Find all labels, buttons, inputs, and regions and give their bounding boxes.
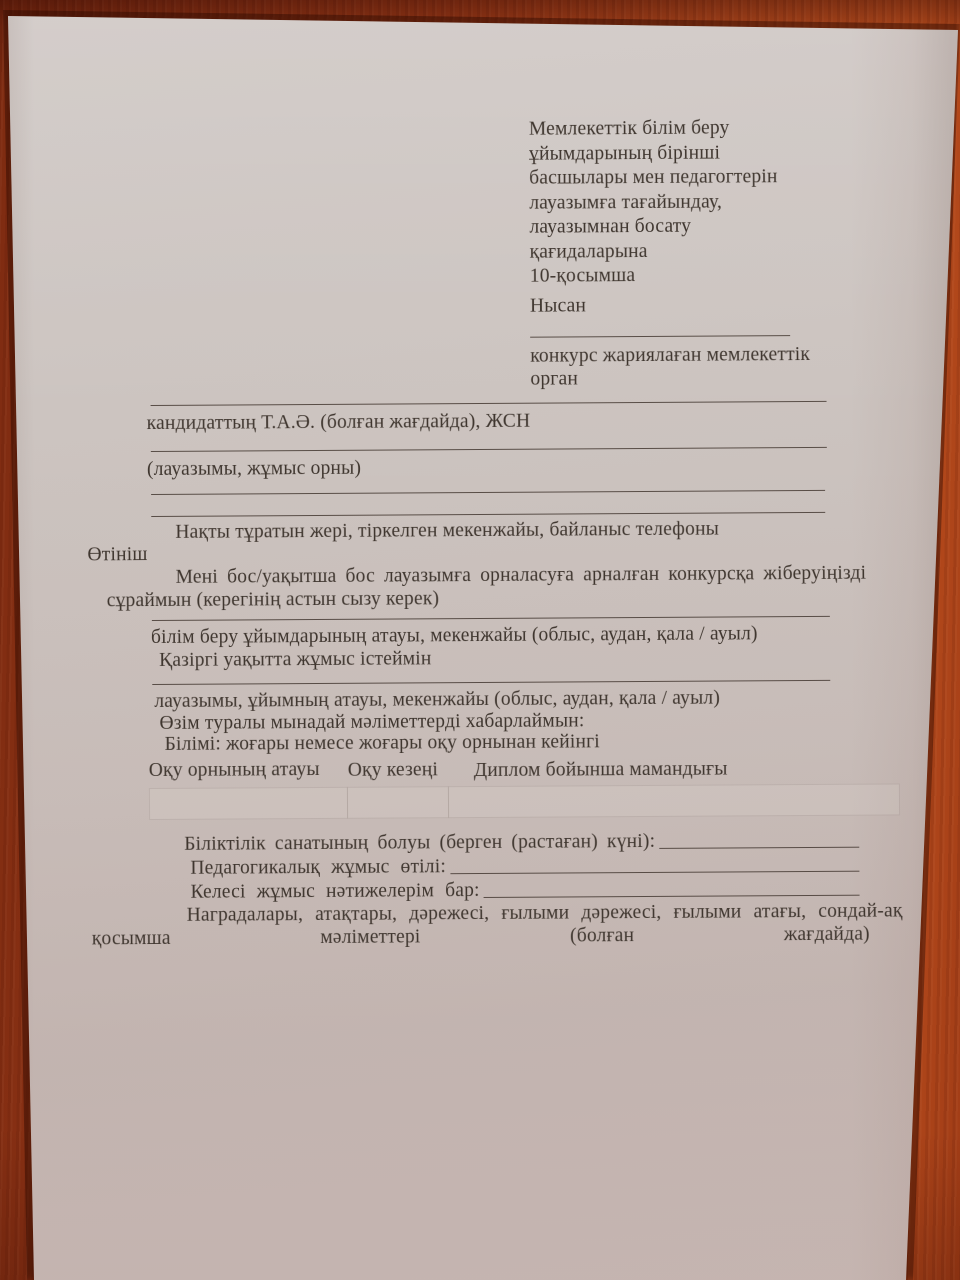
address-blank-line: [151, 512, 825, 517]
document-content: Мемлекеттік білім беру ұйымдарының бірін…: [0, 0, 960, 1280]
address-blank-line: [151, 490, 825, 495]
position-caption: (лауазымы, жұмыс орны): [147, 457, 361, 481]
candidate-caption: кандидаттың Т.А.Ә. (болған жағдайда), ЖС…: [147, 410, 531, 435]
recipient-caption: конкурс жариялаған мемлекеттік: [530, 343, 810, 368]
experience-blank-line: [450, 871, 859, 875]
candidate-blank-line: [151, 401, 827, 406]
appendix-reference-line: лауазымға тағайындау,: [529, 191, 722, 217]
appendix-reference-line: Мемлекеттік білім беру: [529, 116, 730, 142]
awards-word: жағдайда): [784, 923, 870, 947]
qualification-blank-line: [659, 847, 859, 849]
request-text: сұраймын (керегінің астын сызу керек): [107, 587, 440, 612]
appendix-reference-line: ұйымдарының бірінші: [529, 142, 720, 168]
experience-label: Педагогикалық жұмыс өтілі:: [190, 855, 446, 880]
awards-text-line2: қосымша мәліметтері (болған жағдайда): [92, 923, 870, 951]
results-label: Келесі жұмыс нәтижелерім бар:: [190, 879, 479, 904]
table-cell: [347, 786, 449, 819]
current-work-text: Қазіргі уақытта жұмыс істеймін: [159, 647, 432, 672]
qualification-label: Біліктілік санатының болуы (берген (раст…: [184, 830, 655, 856]
table-col-specialty: Диплом бойынша мамандығы: [474, 757, 728, 782]
awards-word: мәліметтері: [320, 925, 420, 949]
experience-row: Педагогикалық жұмыс өтілі:: [190, 853, 859, 880]
table-col-institution: Оқу орнының атауы: [149, 758, 320, 782]
organization-blank-line: [152, 616, 830, 621]
recipient-caption: орган: [530, 367, 578, 390]
position-org-caption: лауазымы, ұйымның атауы, мекенжайы (облы…: [154, 687, 720, 713]
form-type-label: Нысан: [530, 294, 586, 317]
request-text: Мені бос/уақытша бос лауазымға орналасуғ…: [176, 562, 867, 589]
results-blank-line: [484, 895, 860, 898]
awards-word: (болған: [570, 924, 634, 947]
awards-word: қосымша: [92, 927, 171, 950]
appendix-reference-line: басшылары мен педагогтерін: [529, 165, 778, 191]
appendix-reference-line: лауазымнан босату: [529, 215, 691, 241]
education-text: Білімі: жоғары немесе жоғары оқу орнынан…: [165, 730, 600, 756]
appendix-reference-line: қағидаларына: [530, 240, 648, 265]
position-blank-line: [151, 447, 827, 452]
organization-caption: білім беру ұйымдарының атауы, мекенжайы …: [151, 622, 758, 649]
qualification-row: Біліктілік санатының болуы (берген (раст…: [184, 829, 859, 856]
education-table-empty-row: [149, 783, 900, 820]
recipient-blank-line: [530, 335, 790, 338]
table-cell: [149, 787, 348, 820]
photo-of-document: { "colors": { "wood_dark": "#7e2b11", "w…: [0, 0, 960, 1280]
appendix-reference-line: 10-қосымша: [530, 264, 636, 289]
position-org-blank-line: [152, 680, 830, 685]
application-heading: Өтініш: [87, 543, 147, 566]
address-caption: Нақты тұратын жері, тіркелген мекенжайы,…: [175, 518, 719, 544]
table-col-period: Оқу кезеңі: [348, 758, 438, 782]
table-cell: [448, 783, 900, 818]
